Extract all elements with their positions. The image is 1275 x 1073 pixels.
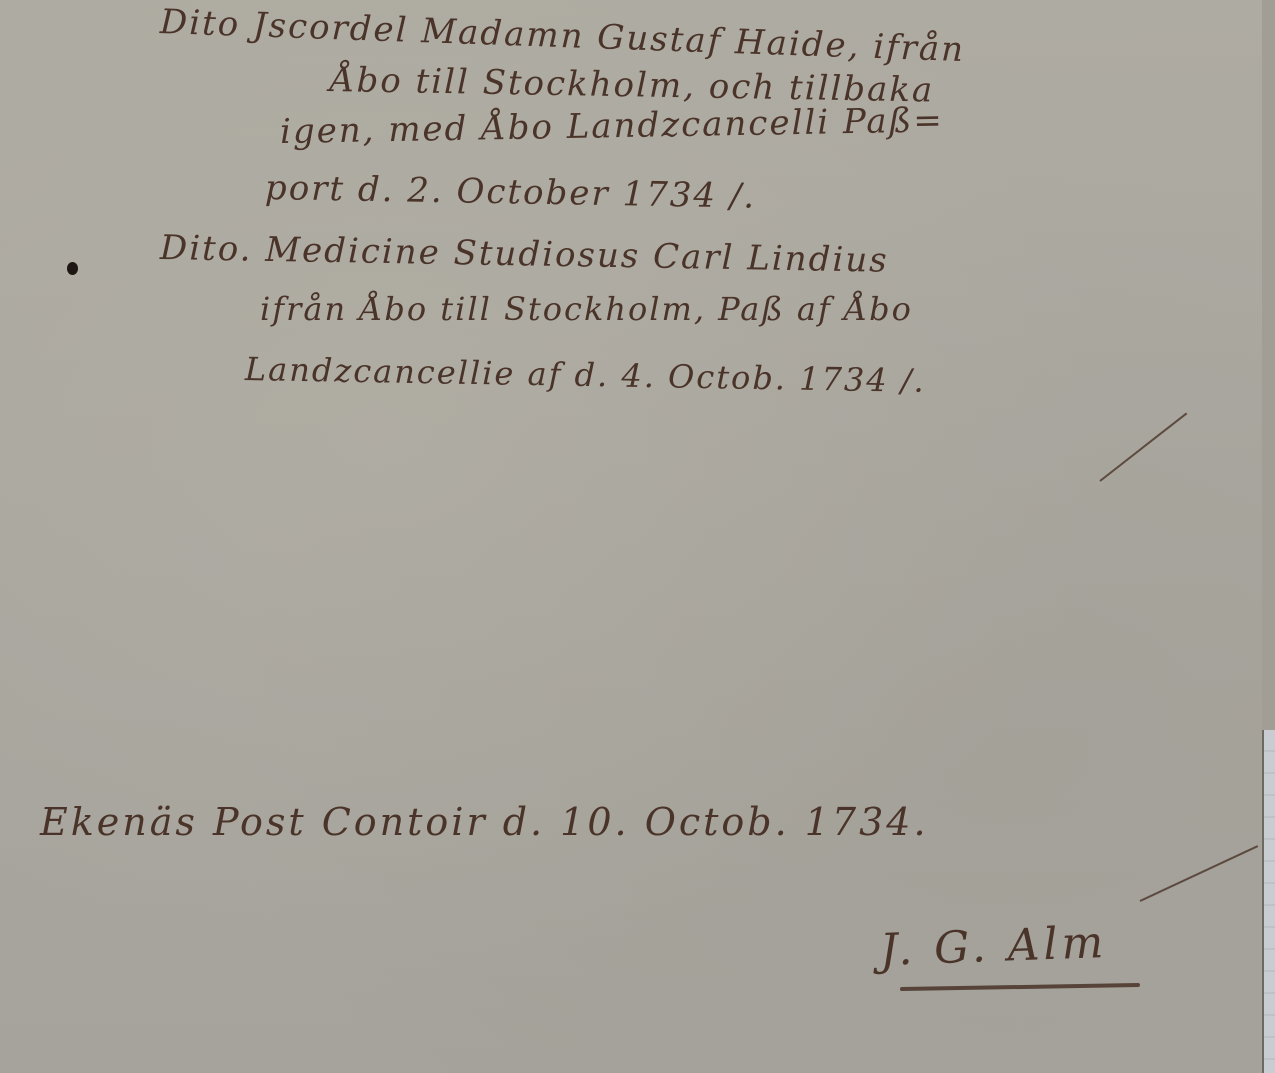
signature: J. G. Alm [879, 917, 1108, 976]
page-edge-shadow [1262, 0, 1275, 730]
closing-place-date: Ekenäs Post Contoir d. 10. Octob. 1734. [40, 800, 929, 844]
ink-dot-marker [67, 262, 78, 275]
entry-2-line-2: ifrån Åbo till Stockholm, Paß af Åbo [260, 290, 913, 328]
underlying-grid-paper [1262, 730, 1275, 1073]
manuscript-page [0, 0, 1262, 1073]
entry-1-line-4: port d. 2. October 1734 /. [265, 168, 757, 217]
